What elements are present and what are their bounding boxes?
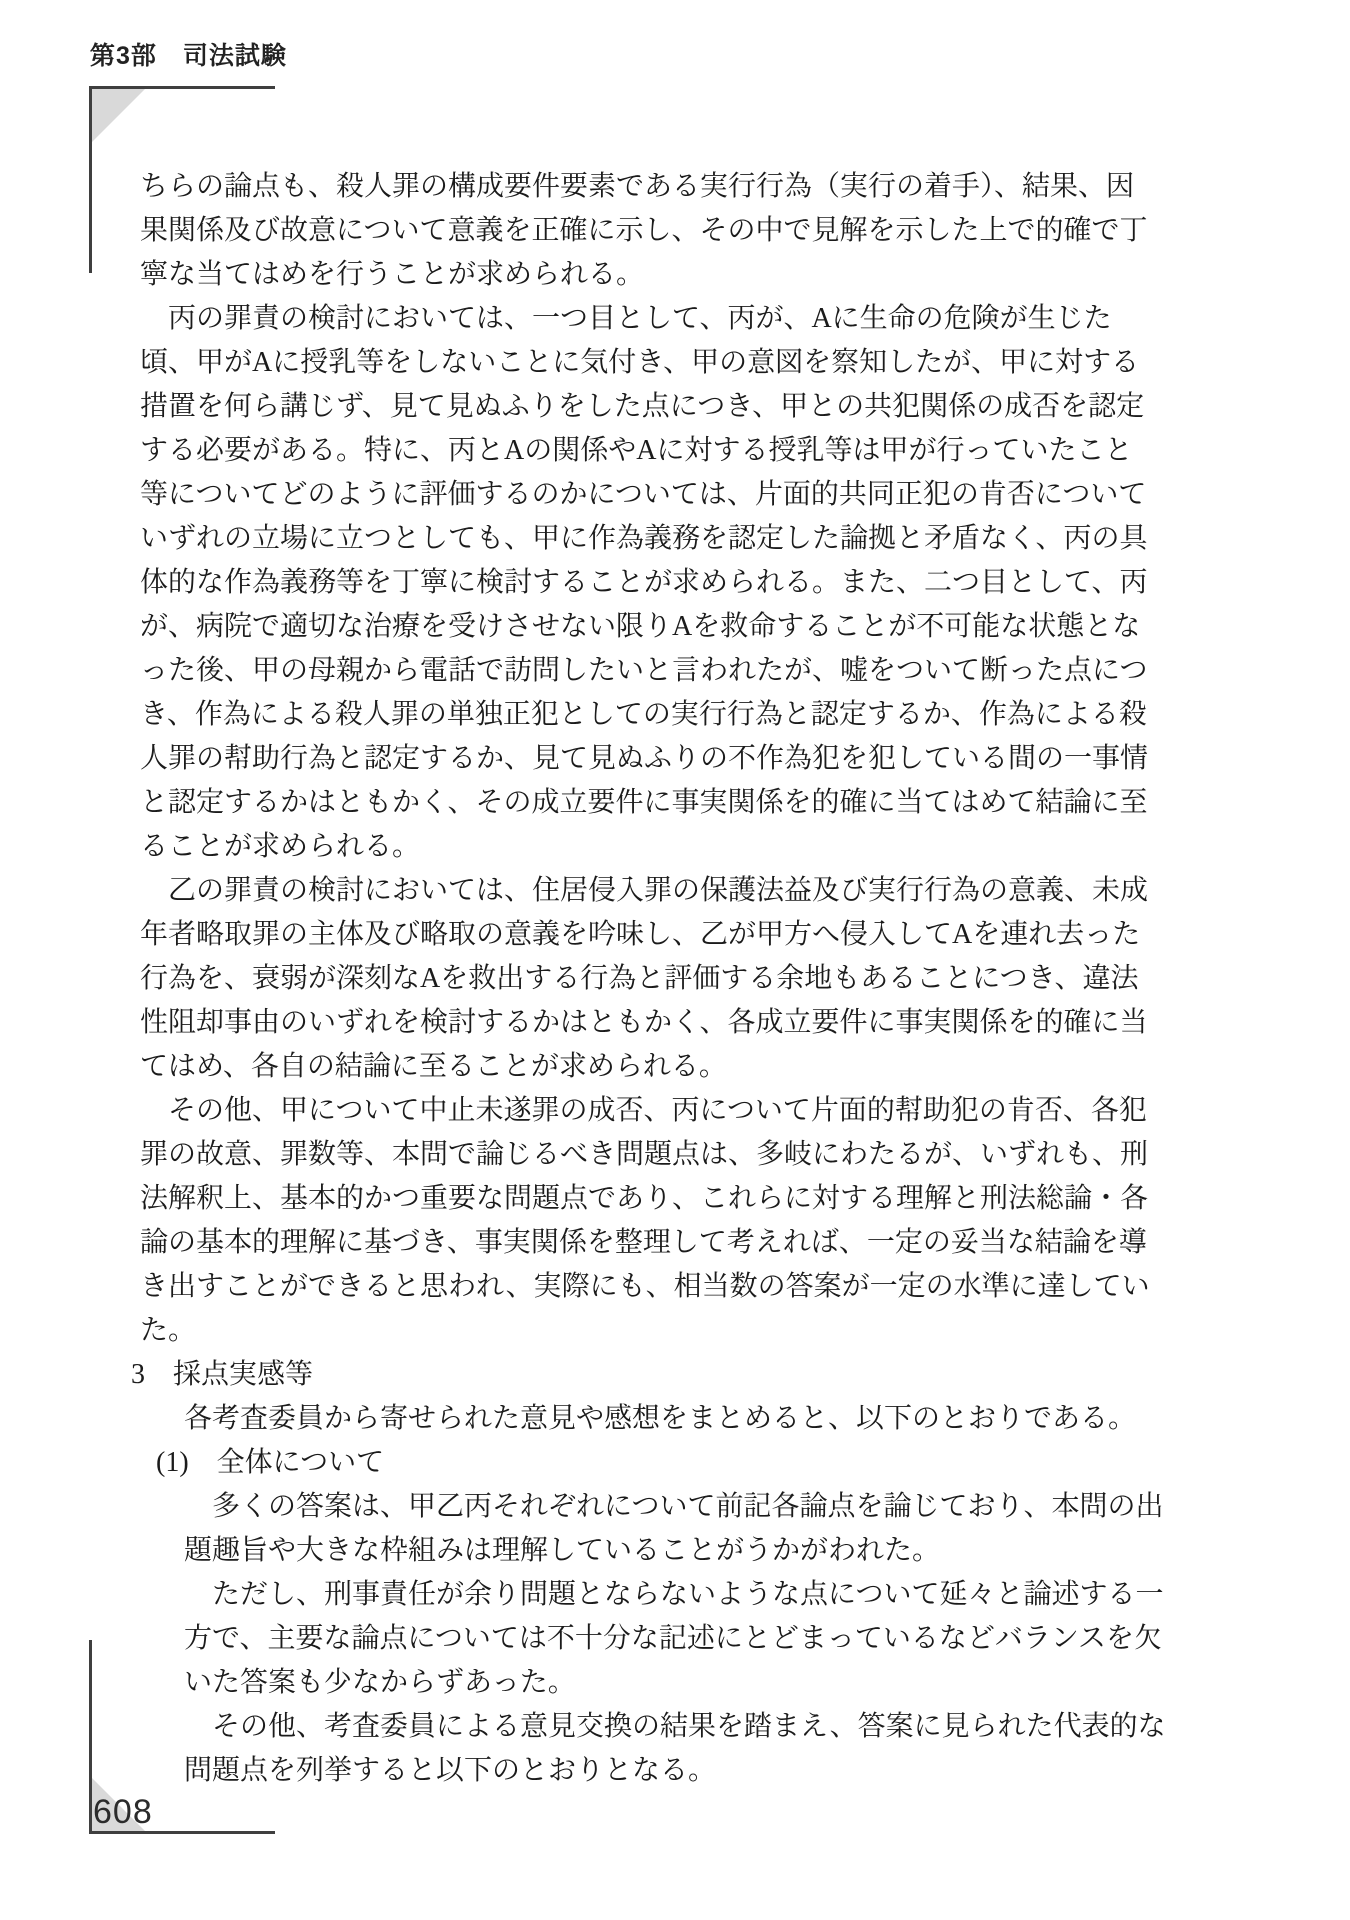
text-line: 方で、主要な論点については不十分な記述にとどまっているなどバランスを欠	[140, 1617, 1200, 1661]
text-line: ただし、刑事責任が余り問題とならないような点について延々と論述する一	[140, 1573, 1200, 1617]
text-line: 果関係及び故意について意義を正確に示し、その中で見解を示した上で的確で丁	[140, 209, 1200, 253]
text-line: 性阻却事由のいずれを検討するかはともかく、各成立要件に事実関係を的確に当	[140, 1001, 1200, 1045]
header-corner-triangle	[92, 89, 145, 142]
text-line: 寧な当てはめを行うことが求められる。	[140, 253, 1200, 297]
text-line: ちらの論点も、殺人罪の構成要件要素である実行行為（実行の着手）、結果、因	[140, 165, 1200, 209]
text-line: 体的な作為義務等を丁寧に検討することが求められる。また、二つ目として、丙	[140, 561, 1200, 605]
text-line: する必要がある。特に、丙とAの関係やAに対する授乳等は甲が行っていたこと	[140, 429, 1200, 473]
page: { "page": { "header_label": "第3部 司法試験", …	[0, 0, 1350, 1920]
text-line: いずれの立場に立つとしても、甲に作為義務を認定した論拠と矛盾なく、丙の具	[140, 517, 1200, 561]
page-header-label: 第3部 司法試験	[90, 36, 287, 72]
footer-rule-vertical	[89, 1640, 92, 1834]
text-line: ることが求められる。	[140, 825, 1200, 869]
text-line: と認定するかはともかく、その成立要件に事実関係を的確に当てはめて結論に至	[140, 781, 1200, 825]
body-text-block: ちらの論点も、殺人罪の構成要件要素である実行行為（実行の着手）、結果、因果関係及…	[140, 165, 1200, 1793]
text-line: 法解釈上、基本的かつ重要な問題点であり、これらに対する理解と刑法総論・各	[140, 1177, 1200, 1221]
text-line: 頃、甲がAに授乳等をしないことに気付き、甲の意図を察知したが、甲に対する	[140, 341, 1200, 385]
text-line: った後、甲の母親から電話で訪問したいと言われたが、嘘をついて断った点につ	[140, 649, 1200, 693]
text-line: 論の基本的理解に基づき、事実関係を整理して考えれば、一定の妥当な結論を導	[140, 1221, 1200, 1265]
text-line: 措置を何ら講じず、見て見ぬふりをした点につき、甲との共犯関係の成否を認定	[140, 385, 1200, 429]
text-line: き、作為による殺人罪の単独正犯としての実行行為と認定するか、作為による殺	[140, 693, 1200, 737]
text-line: 乙の罪責の検討においては、住居侵入罪の保護法益及び実行行為の意義、未成	[140, 869, 1200, 913]
text-line: 等についてどのように評価するのかについては、片面的共同正犯の肯否について	[140, 473, 1200, 517]
text-line: き出すことができると思われ、実際にも、相当数の答案が一定の水準に達してい	[140, 1265, 1200, 1309]
text-line: 多くの答案は、甲乙丙それぞれについて前記各論点を論じており、本問の出	[140, 1485, 1200, 1529]
text-line: いた答案も少なからずあった。	[140, 1661, 1200, 1705]
text-line: 題趣旨や大きな枠組みは理解していることがうかがわれた。	[140, 1529, 1200, 1573]
text-line: 各考査委員から寄せられた意見や感想をまとめると、以下のとおりである。	[140, 1397, 1200, 1441]
text-line: その他、甲について中止未遂罪の成否、丙について片面的幇助犯の肯否、各犯	[140, 1089, 1200, 1133]
text-line: 人罪の幇助行為と認定するか、見て見ぬふりの不作為犯を犯している間の一事情	[140, 737, 1200, 781]
text-line: 丙の罪責の検討においては、一つ目として、丙が、Aに生命の危険が生じた	[140, 297, 1200, 341]
text-line: てはめ、各自の結論に至ることが求められる。	[140, 1045, 1200, 1089]
text-line: その他、考査委員による意見交換の結果を踏まえ、答案に見られた代表的な	[140, 1705, 1200, 1749]
text-line: 行為を、衰弱が深刻なAを救出する行為と評価する余地もあることにつき、違法	[140, 957, 1200, 1001]
section-heading-line: 3 採点実感等	[131, 1353, 1200, 1397]
text-line: 年者略取罪の主体及び略取の意義を吟味し、乙が甲方へ侵入してAを連れ去った	[140, 913, 1200, 957]
text-line: た。	[140, 1309, 1200, 1353]
text-line: (1) 全体について	[140, 1441, 1200, 1485]
text-line: 問題点を列挙すると以下のとおりとなる。	[140, 1749, 1200, 1793]
text-line: が、病院で適切な治療を受けさせない限りAを救命することが不可能な状態とな	[140, 605, 1200, 649]
text-line: 罪の故意、罪数等、本問で論じるべき問題点は、多岐にわたるが、いずれも、刑	[140, 1133, 1200, 1177]
page-number: 608	[93, 1793, 153, 1832]
